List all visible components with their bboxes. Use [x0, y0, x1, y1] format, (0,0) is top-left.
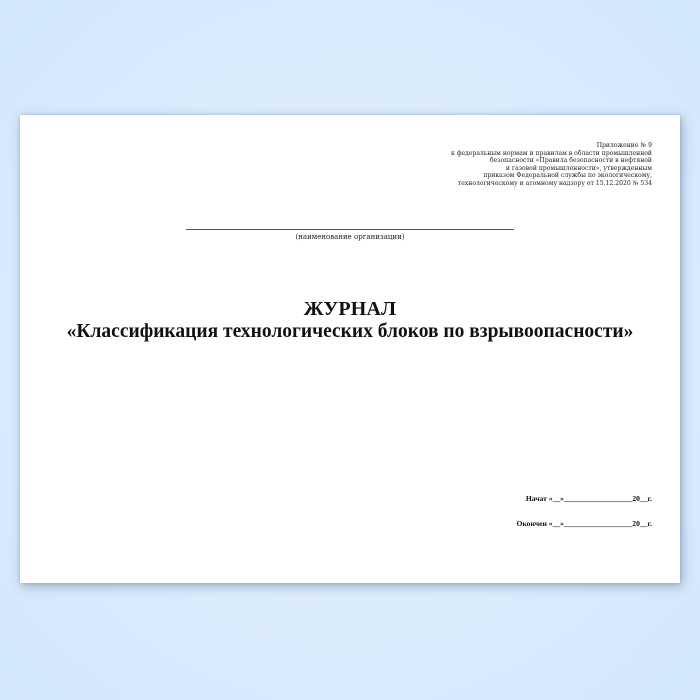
- journal-cover-page: Приложение № 9 к федеральным нормам и пр…: [20, 115, 680, 583]
- appendix-note: Приложение № 9 к федеральным нормам и пр…: [451, 142, 652, 188]
- title-subtitle: «Классификация технологических блоков по…: [20, 321, 680, 343]
- started-date: Начат «__»__________________20__г.: [517, 494, 653, 504]
- appendix-line: технологическому и атомному надзору от 1…: [451, 180, 652, 188]
- appendix-line: и газовой промышленности», утвержденным: [451, 165, 652, 173]
- appendix-line: безопасности «Правила безопасности в неф…: [451, 157, 652, 165]
- appendix-line: приказом Федеральной службы по экологиче…: [451, 172, 652, 180]
- journal-title: ЖУРНАЛ «Классификация технологических бл…: [20, 298, 680, 343]
- title-main: ЖУРНАЛ: [20, 298, 680, 320]
- finished-date: Окончен «__»__________________20__г.: [517, 519, 653, 529]
- appendix-line: Приложение № 9: [451, 142, 652, 150]
- journal-dates: Начат «__»__________________20__г. Оконч…: [517, 494, 653, 529]
- organization-name-line: [186, 229, 514, 230]
- appendix-line: к федеральным нормам и правилам в област…: [451, 150, 652, 158]
- organization-caption: (наименование организации): [186, 233, 514, 242]
